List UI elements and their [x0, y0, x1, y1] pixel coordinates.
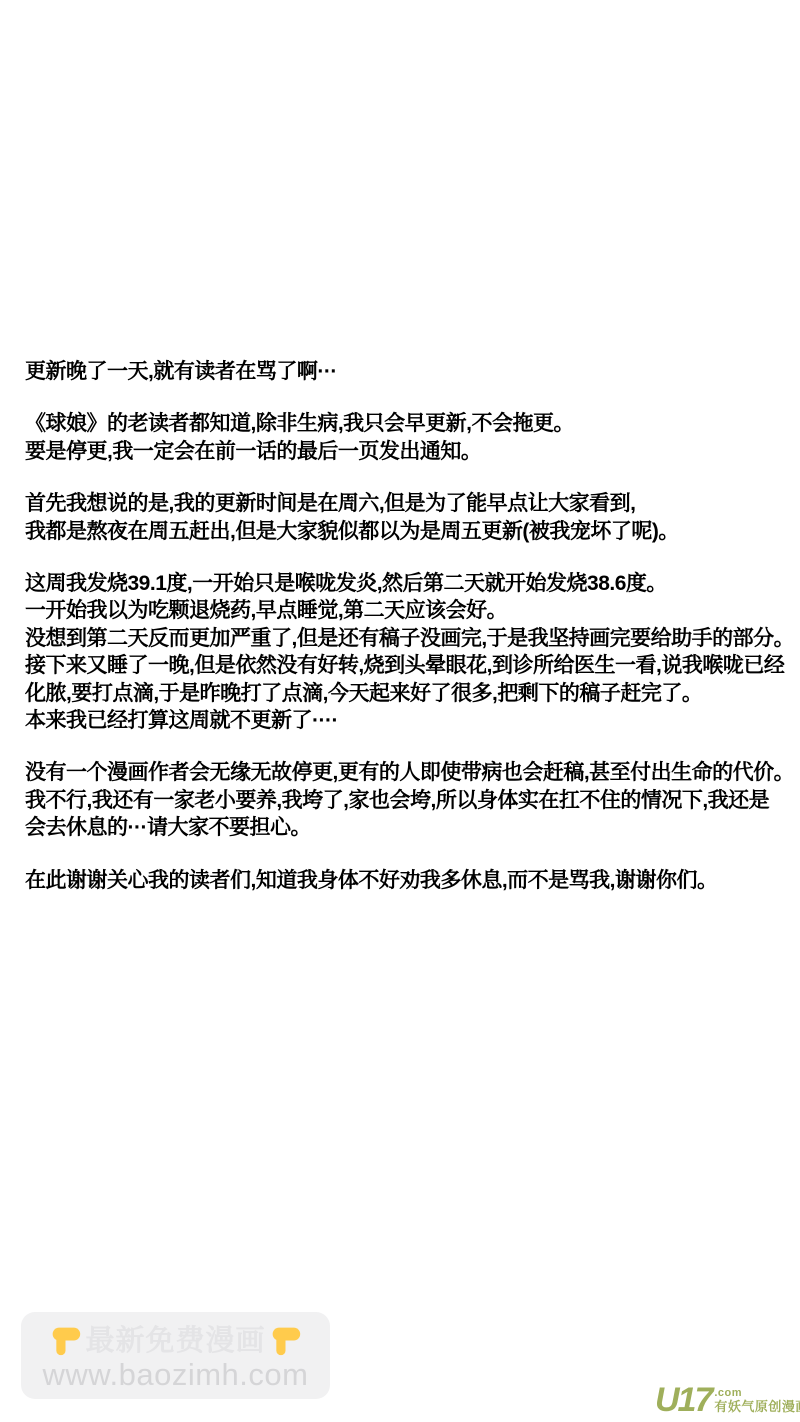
- note-line: 首先我想说的是,我的更新时间是在周六,但是为了能早点让大家看到,: [25, 490, 796, 517]
- note-paragraph: 这周我发烧39.1度,一开始只是喉咙发炎,然后第二天就开始发烧38.6度。一开始…: [25, 570, 796, 734]
- watermark-url: www.baozimh.com: [43, 1360, 309, 1390]
- note-line: 接下来又睡了一晚,但是依然没有好转,烧到头晕眼花,到诊所给医生一看,说我喉咙已经: [25, 652, 796, 679]
- note-line: 要是停更,我一定会在前一话的最后一页发出通知。: [25, 438, 796, 465]
- pointing-down-icon: [49, 1324, 82, 1357]
- note-paragraph: 更新晚了一天,就有读者在骂了啊···: [25, 358, 796, 385]
- u17-logo-text: U17: [655, 1387, 711, 1414]
- comic-page: 更新晚了一天,就有读者在骂了啊···《球娘》的老读者都知道,除非生病,我只会早更…: [0, 0, 800, 1422]
- note-line: 《球娘》的老读者都知道,除非生病,我只会早更新,不会拖更。: [25, 410, 796, 437]
- watermark-title: 最新免费漫画: [85, 1324, 265, 1358]
- note-paragraph: 首先我想说的是,我的更新时间是在周六,但是为了能早点让大家看到,我都是熬夜在周五…: [25, 490, 796, 545]
- note-line: 更新晚了一天,就有读者在骂了啊···: [25, 358, 796, 385]
- note-line: 一开始我以为吃颗退烧药,早点睡觉,第二天应该会好。: [25, 597, 796, 624]
- note-paragraph: 《球娘》的老读者都知道,除非生病,我只会早更新,不会拖更。要是停更,我一定会在前…: [25, 410, 796, 465]
- note-line: 本来我已经打算这周就不更新了····: [25, 707, 796, 734]
- u17-logo: U17 .com 有妖气原创漫画: [655, 1387, 800, 1414]
- note-line: 会去休息的···请大家不要担心。: [25, 814, 796, 841]
- note-paragraph: 没有一个漫画作者会无缘无故停更,更有的人即使带病也会赶稿,甚至付出生命的代价。我…: [25, 759, 796, 841]
- note-line: 这周我发烧39.1度,一开始只是喉咙发炎,然后第二天就开始发烧38.6度。: [25, 570, 796, 597]
- u17-logo-domain: .com: [714, 1388, 800, 1399]
- watermark-title-row: 最新免费漫画: [49, 1322, 301, 1360]
- author-note: 更新晚了一天,就有读者在骂了啊···《球娘》的老读者都知道,除非生病,我只会早更…: [25, 358, 796, 919]
- note-line: 我不行,我还有一家老小要养,我垮了,家也会垮,所以身体实在扛不住的情况下,我还是: [25, 787, 796, 814]
- note-line: 化脓,要打点滴,于是昨晚打了点滴,今天起来好了很多,把剩下的稿子赶完了。: [25, 680, 796, 707]
- note-line: 我都是熬夜在周五赶出,但是大家貌似都以为是周五更新(被我宠坏了呢)。: [25, 518, 796, 545]
- note-line: 在此谢谢关心我的读者们,知道我身体不好劝我多休息,而不是骂我,谢谢你们。: [25, 867, 796, 894]
- note-line: 没想到第二天反而更加严重了,但是还有稿子没画完,于是我坚持画完要给助手的部分。: [25, 625, 796, 652]
- pointing-down-icon: [269, 1324, 302, 1357]
- baozimh-watermark: 最新免费漫画 www.baozimh.com: [21, 1312, 330, 1399]
- u17-logo-right: .com 有妖气原创漫画: [714, 1388, 800, 1414]
- note-paragraph: 在此谢谢关心我的读者们,知道我身体不好劝我多休息,而不是骂我,谢谢你们。: [25, 867, 796, 894]
- note-line: 没有一个漫画作者会无缘无故停更,更有的人即使带病也会赶稿,甚至付出生命的代价。: [25, 759, 796, 786]
- u17-tagline: 有妖气原创漫画: [714, 1399, 800, 1414]
